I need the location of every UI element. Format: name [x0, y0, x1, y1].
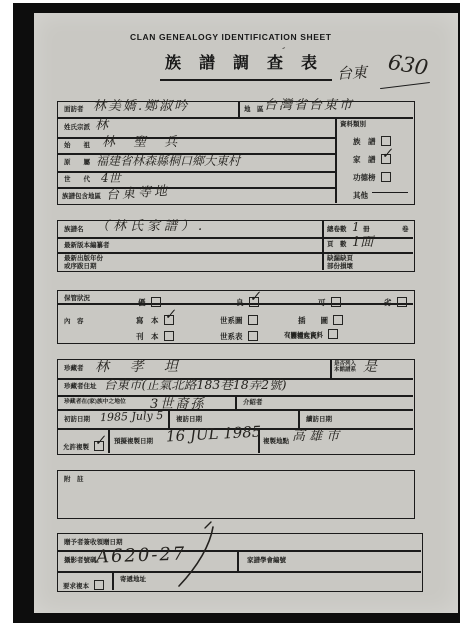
scanned-genealogy-sheet: CLAN GENEALOGY IDENTIFICATION SHEET 族 譜 … — [0, 0, 468, 627]
ancestor-value: 林 聖 兵 — [102, 136, 184, 149]
content-label: 內 容 — [64, 318, 84, 326]
condition-label: 保管狀況 — [64, 295, 90, 303]
content-option-printed: 刊 本✓ — [136, 327, 174, 345]
table-notes — [57, 470, 415, 519]
content-option-women-sub: （妻僅姓氏） — [284, 333, 323, 341]
category-option-other: 其他 — [353, 186, 373, 204]
pubyear-label: 最新出版年份 或序跋日期 — [64, 255, 103, 270]
district-label: 地 區 — [244, 106, 264, 114]
genealogy-title-value: （林氏家譜）. — [96, 220, 206, 233]
second-visit-label: 複訪日期 — [176, 416, 202, 424]
photographer-value: A620-27 — [96, 545, 187, 566]
regions-label: 族譜包含地區 — [62, 193, 101, 201]
origin-label: 原 屬 — [64, 159, 90, 167]
compiler-label: 最新版本編纂者 — [64, 242, 110, 250]
category-option-family-genealogy: 家 譜✓ — [353, 150, 391, 168]
society-label: 家譜學會編號 — [247, 557, 286, 565]
pages-value: 1面 — [352, 236, 373, 249]
surname-value: 林 — [95, 119, 108, 132]
district-value: 台灣省台東市 — [264, 99, 354, 112]
introducer-label: 介紹者 — [243, 399, 263, 407]
sheet-header-english: CLAN GENEALOGY IDENTIFICATION SHEET — [130, 33, 332, 42]
category-label: 資料類別 — [340, 121, 366, 129]
generations-label: 世 代 — [64, 176, 90, 184]
checkbox: ✓ — [94, 441, 104, 451]
mailing-label: 寄遞地址 — [120, 576, 146, 584]
interviewer-value: 林美嬌.鄭淑吟 — [93, 100, 189, 113]
checkbox: ✓ — [381, 154, 391, 164]
other-blank-line — [372, 192, 408, 193]
owner-value: 林 孝 坦 — [95, 360, 186, 374]
title-underline — [160, 79, 332, 81]
first-visit-label: 初訪日期 — [64, 416, 90, 424]
checkbox: ✓ — [248, 331, 258, 341]
checkbox: ✓ — [248, 315, 258, 325]
copy-place-label: 複製地點 — [263, 438, 289, 446]
first-visit-value: 1985 July 5 — [100, 410, 164, 423]
checkbox: ✓ — [94, 580, 104, 590]
photographer-label: 攝影者號碼 — [64, 557, 97, 565]
volumes-label: 總卷數 — [327, 226, 347, 234]
genealogy-title-label: 族譜名 — [64, 226, 84, 234]
permission-option: 允許複製✓ — [63, 437, 104, 455]
checkbox: ✓ — [397, 297, 407, 307]
annotation-place: 台東 — [337, 65, 368, 82]
category-option-merit-board: 功德榜✓ — [353, 168, 391, 186]
volumes-unit-scroll: 卷 — [402, 226, 409, 234]
surname-label: 姓氏宗派 — [64, 124, 90, 132]
checkbox: ✓ — [249, 297, 259, 307]
third-visit-label: 續訪日期 — [306, 416, 332, 424]
copy-place-value: 高 雄 市 — [292, 430, 339, 443]
checkbox: ✓ — [164, 331, 174, 341]
condition-option-poor: 劣✓ — [384, 293, 407, 311]
damage-label: 缺漏缺頁 部份損壞 — [327, 255, 353, 270]
content-option-lineage-table: 世系表✓ — [220, 327, 258, 345]
address-label: 珍藏者住址 — [64, 383, 97, 391]
condition-option-excellent: 優✓ — [138, 293, 161, 311]
checkbox: ✓ — [333, 315, 343, 325]
listed-value: 是 — [363, 360, 377, 374]
listed-label: 是否列入 本館譜系 — [334, 361, 356, 373]
volumes-value: 1 — [352, 221, 360, 233]
volumes-unit-book: 冊 — [363, 226, 370, 234]
copy-date-label: 預擬複製日期 — [114, 438, 153, 446]
owner-label: 珍藏者 — [64, 365, 84, 373]
address-value: 台東市(正氣北路183巷18弄2號) — [104, 379, 286, 392]
generations-value: 4世 — [101, 172, 121, 184]
checkbox: ✓ — [328, 329, 338, 339]
pages-label: 頁 數 — [327, 241, 347, 249]
condition-option-good: 良✓ — [236, 293, 259, 311]
position-label: 珍藏者在(家)族中之地位 — [64, 399, 126, 407]
checkbox: ✓ — [381, 172, 391, 182]
ancestor-label: 始 祖 — [64, 142, 90, 150]
form-title: 族 譜 調 查 表 — [165, 56, 324, 72]
copy-request-option: 要求複本✓ — [63, 576, 104, 594]
condition-option-fair: 可✓ — [318, 293, 341, 311]
origin-value: 福建省林森縣桐口鄉大東村 — [96, 155, 240, 167]
checkbox: ✓ — [331, 297, 341, 307]
interviewer-label: 面訪者 — [64, 106, 84, 114]
checkbox: ✓ — [164, 315, 174, 325]
checkbox: ✓ — [151, 297, 161, 307]
notes-label: 附 註 — [64, 476, 84, 484]
